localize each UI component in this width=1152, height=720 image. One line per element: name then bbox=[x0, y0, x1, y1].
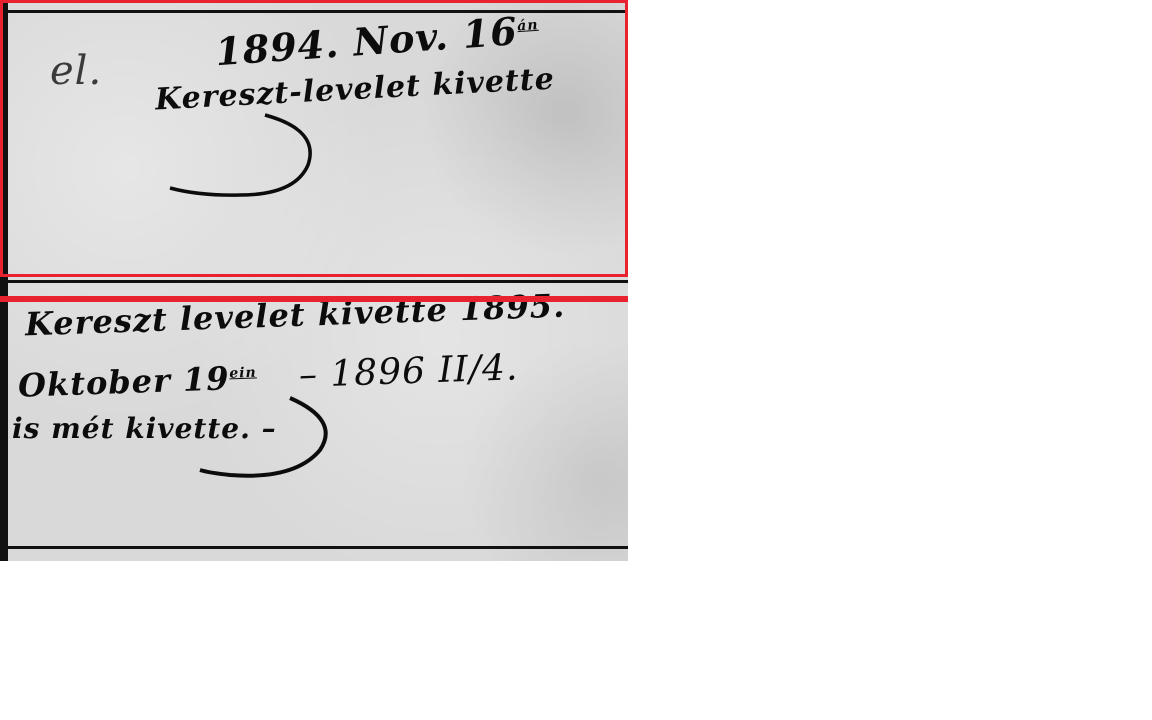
annotation-box-top bbox=[0, 0, 628, 277]
annotation-box-bottom bbox=[0, 296, 628, 302]
